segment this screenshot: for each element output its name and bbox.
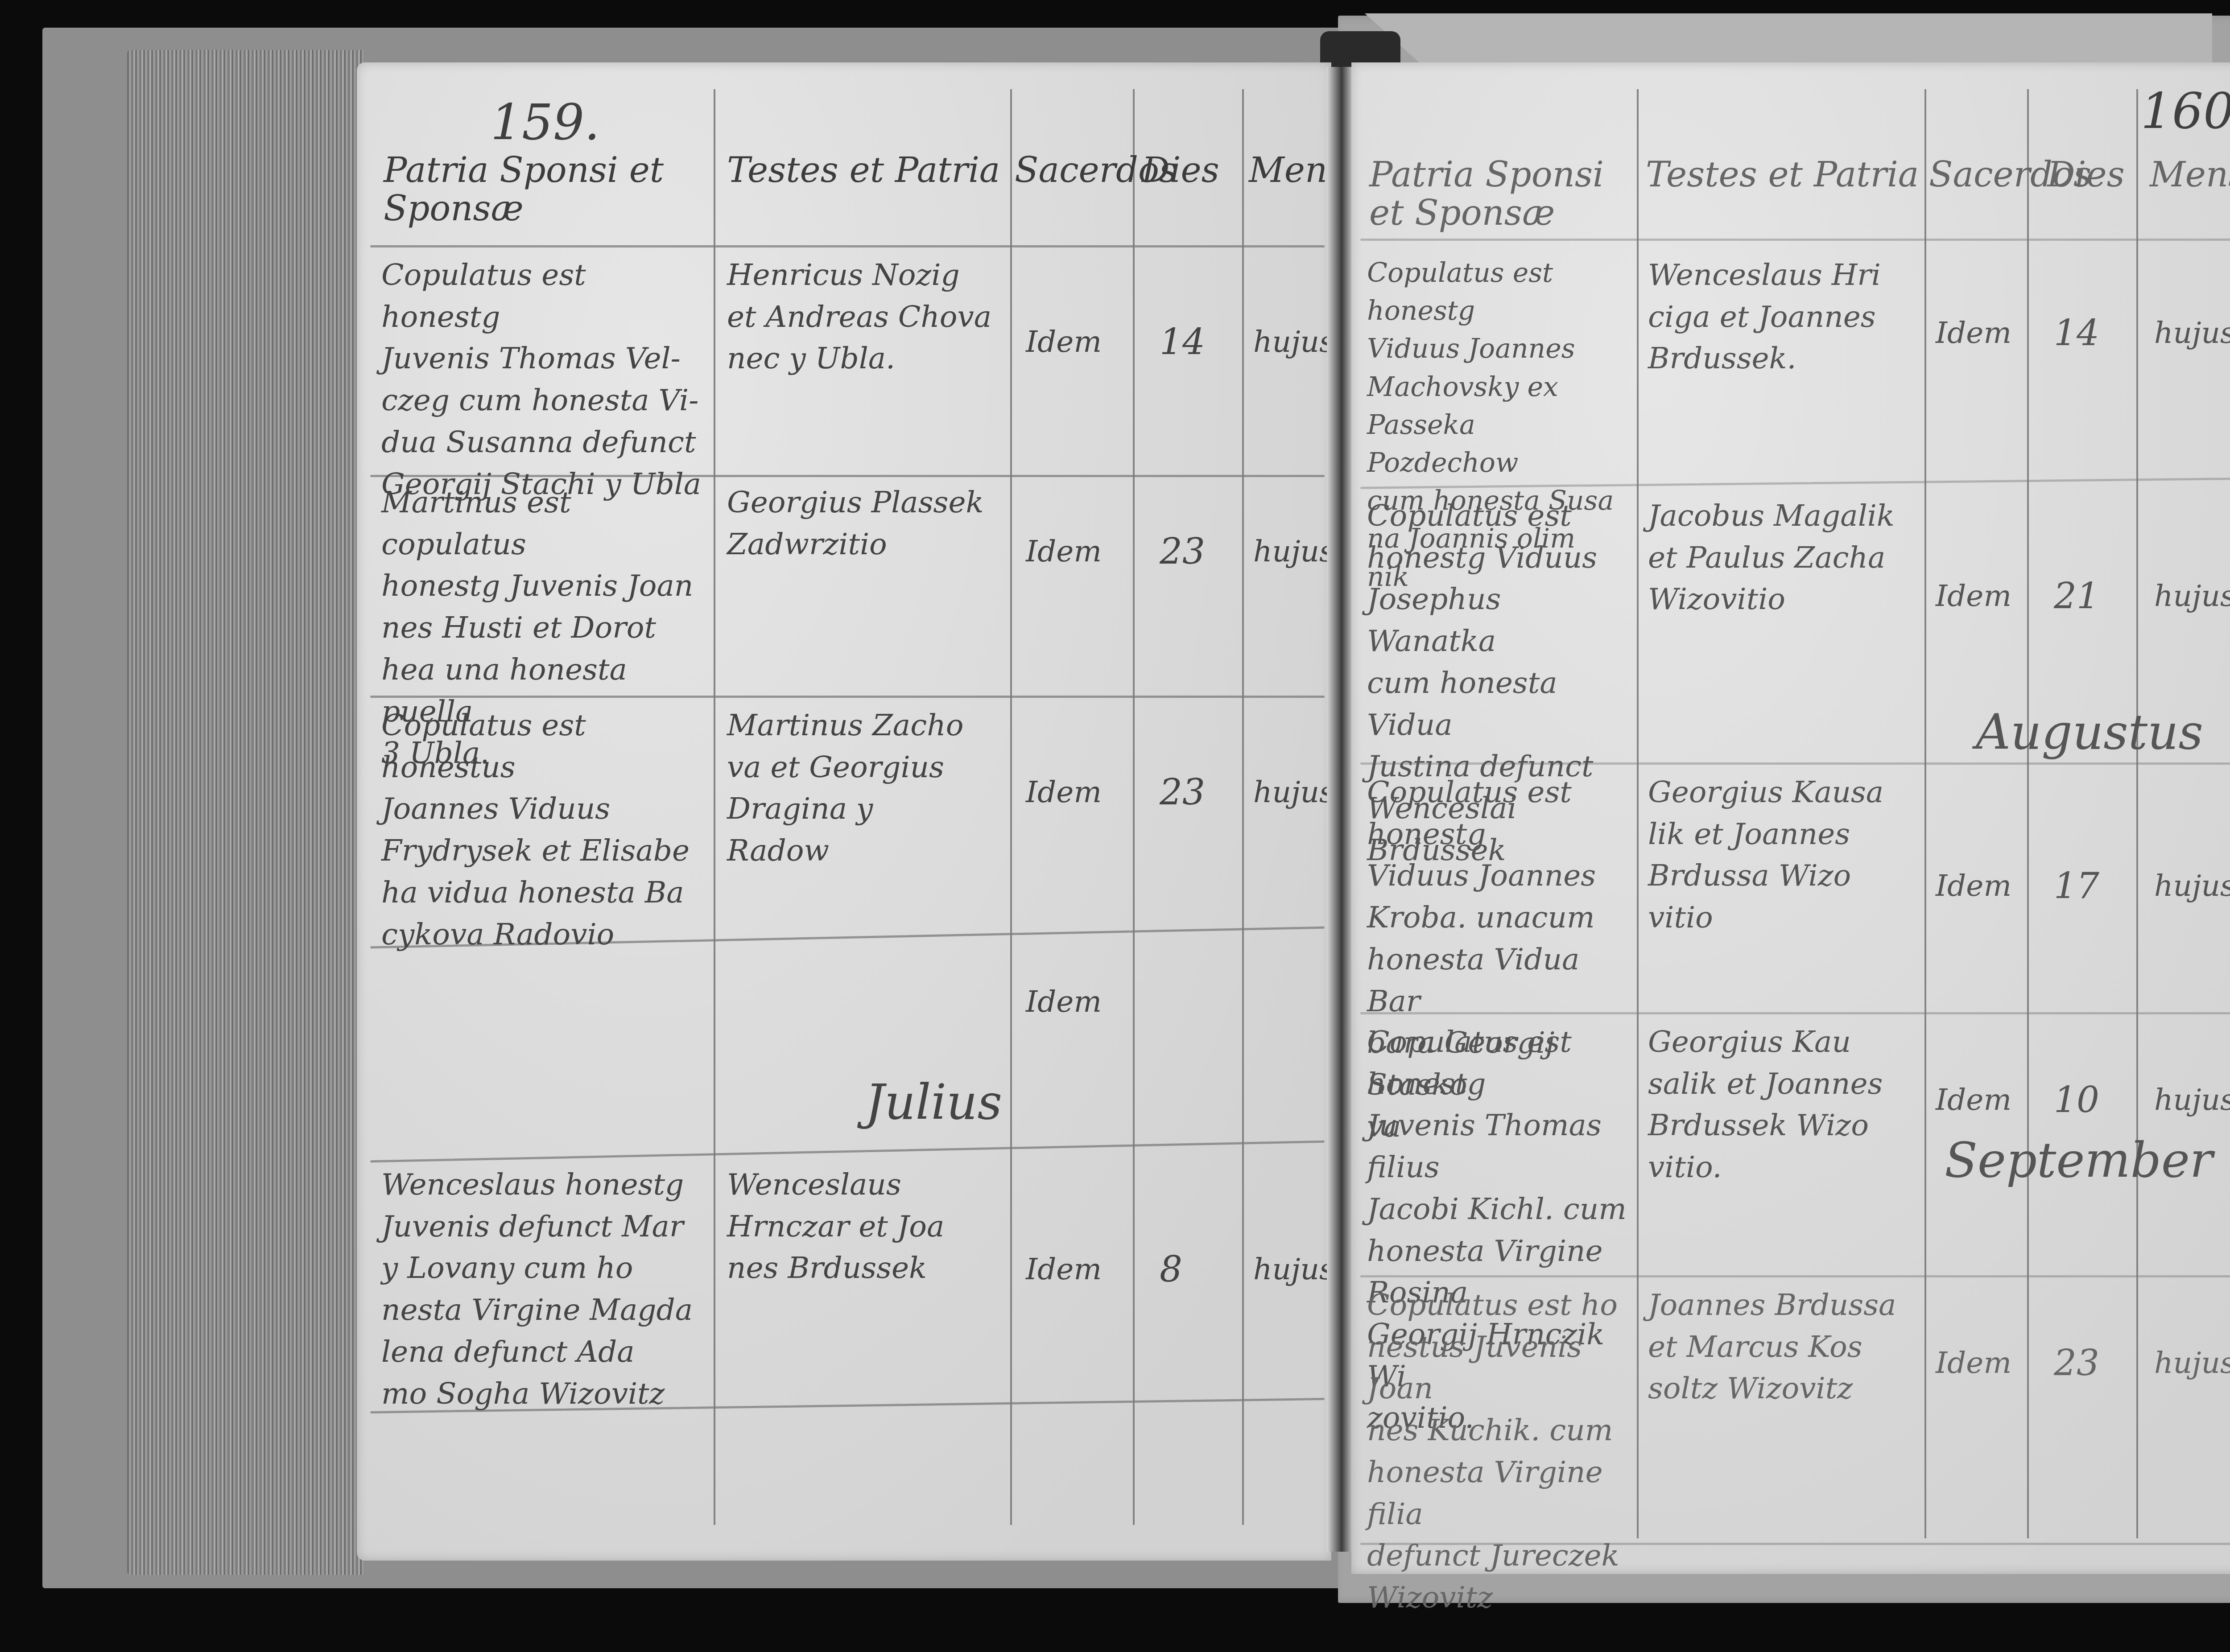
row-rule: [1360, 239, 2230, 241]
testes-text: Jacobus Magalik et Paulus Zacha Wizoviti…: [1648, 495, 1920, 620]
column-rule: [1010, 89, 1012, 1525]
testes-text: Georgius Plassek Zadwrzitio: [727, 482, 1003, 565]
dies-text: 8: [1160, 1244, 1182, 1295]
dies-text: 14: [2054, 308, 2099, 358]
column-header-mensis: Mensis: [2150, 156, 2230, 194]
column-header-dies: Dies: [2047, 156, 2125, 194]
sponsi-text: Copulatus est ho nestus Juvenis Joan nes…: [1367, 1284, 1644, 1619]
sacerdos-text: Idem: [1026, 531, 1102, 573]
column-header-testes: Testes et Patria: [1646, 156, 1919, 194]
row-rule: [370, 245, 1325, 247]
mensis-text: hujus: [1253, 531, 1334, 573]
testes-text: Martinus Zacho va et Georgius Dragina y …: [727, 704, 1003, 872]
column-header-sponsi: Patria Sponsi et Sponsæ: [1369, 156, 1628, 233]
testes-text: Georgius Kausa lik et Joannes Brdussa Wi…: [1648, 771, 1920, 939]
mensis-text: hujus: [2154, 865, 2230, 907]
page-number: 159.: [491, 94, 600, 151]
column-rule: [1924, 89, 1926, 1538]
right-page: 160 Patria Sponsi et Sponsæ Testes et Pa…: [1351, 62, 2230, 1574]
sacerdos-text: Idem: [1936, 575, 2011, 617]
mensis-text: hujus: [1253, 771, 1334, 813]
dies-text: 21: [2054, 571, 2099, 622]
sacerdos-text: Idem: [1936, 312, 2011, 354]
mensis-text: hujus: [2154, 1342, 2230, 1384]
dies-text: 17: [2054, 861, 2099, 911]
sacerdos-text: Idem: [1026, 771, 1102, 813]
column-rule: [1242, 89, 1244, 1525]
column-header-testes: Testes et Patria: [727, 152, 1000, 190]
mensis-text: hujus: [1253, 1248, 1334, 1290]
sponsi-text: Copulatus est honestg Juvenis Thomas Vel…: [381, 254, 711, 505]
month-heading: Julius: [865, 1075, 1002, 1130]
sacerdos-text: Idem: [1026, 981, 1102, 1023]
testes-text: Wenceslaus Hri ciga et Joannes Brdussek.: [1648, 254, 1920, 379]
dies-text: 10: [2054, 1075, 2099, 1125]
column-header-dies: Dies: [1142, 152, 1219, 190]
sacerdos-text: Idem: [1936, 1342, 2011, 1384]
book-spine: [1320, 31, 1400, 67]
testes-text: Georgius Kau salik et Joannes Brdussek W…: [1648, 1021, 1920, 1188]
testes-text: Joannes Brdussa et Marcus Kos soltz Wizo…: [1648, 1284, 1920, 1409]
mensis-text: hujus: [1253, 321, 1334, 363]
page-number: 160: [2141, 82, 2230, 140]
book-gutter: [1327, 67, 1354, 1552]
mensis-text: hujus: [2154, 1079, 2230, 1121]
page-edges: [127, 50, 363, 1575]
sponsi-text: Copulatus est honestus Joannes Viduus Fr…: [381, 704, 711, 955]
testes-text: Wenceslaus Hrnczar et Joa nes Brdussek: [727, 1164, 1003, 1289]
mensis-text: hujus: [2154, 312, 2230, 354]
column-rule: [2136, 89, 2138, 1538]
cover-flap: [1365, 13, 2212, 67]
sacerdos-text: Idem: [1026, 321, 1102, 363]
column-header-sponsi: Patria Sponsi et Sponsæ: [384, 152, 705, 228]
dies-text: 23: [1160, 526, 1205, 577]
dies-text: 23: [1160, 767, 1205, 818]
column-rule: [2027, 89, 2029, 1538]
column-rule: [1133, 89, 1135, 1525]
sacerdos-text: Idem: [1936, 1079, 2011, 1121]
testes-text: Henricus Nozig et Andreas Chova nec y Ub…: [727, 254, 1003, 379]
dies-text: 23: [2054, 1338, 2099, 1388]
month-heading: Augustus: [1976, 704, 2203, 760]
month-heading: September: [1945, 1133, 2213, 1188]
left-page: 159. Patria Sponsi et Sponsæ Testes et P…: [357, 62, 1331, 1561]
row-rule: [370, 1141, 1325, 1163]
dies-text: 14: [1160, 317, 1205, 367]
sacerdos-text: Idem: [1026, 1248, 1102, 1290]
mensis-text: hujus: [2154, 575, 2230, 617]
sacerdos-text: Idem: [1936, 865, 2011, 907]
sponsi-text: Wenceslaus honestg Juvenis defunct Mar y…: [381, 1164, 720, 1414]
